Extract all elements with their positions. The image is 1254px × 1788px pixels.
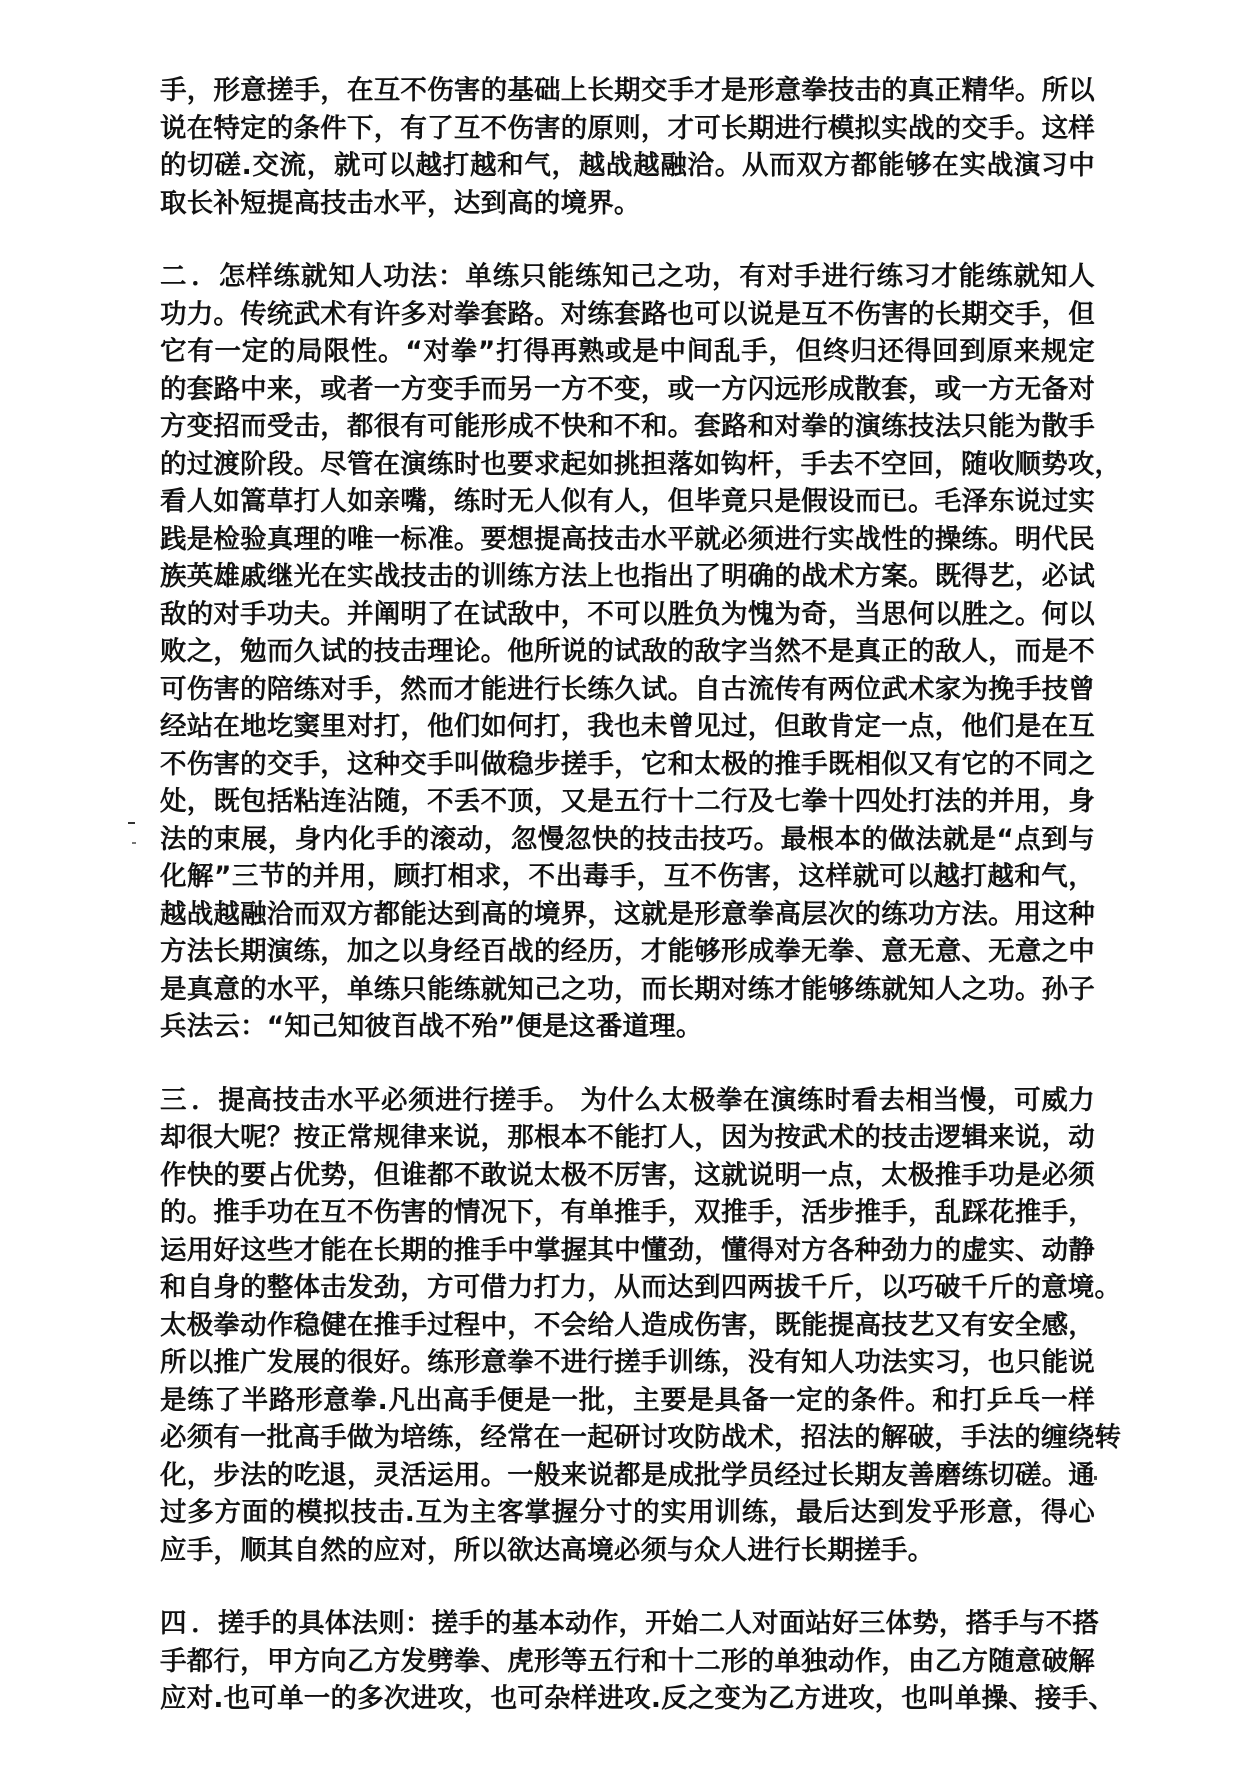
text-line: 越战越融洽而双方都能达到高的境界，这就是形意拳高层次的练功方法。用这种 (160, 896, 1095, 934)
text-line: 敌的对手功夫。并阐明了在试敌中，不可以胜负为愧为奇，当思何以胜之。何以 (160, 596, 1095, 634)
text-line: 手都行，甲方向乙方发劈拳、虎形等五行和十二形的单独动作，由乙方随意破解 (160, 1643, 1095, 1681)
text-line: 提高技击水平必须进行搓手。 为什么太极拳在演练时看去相当慢，可威力 (218, 1085, 1095, 1116)
text-line: 族英雄戚继光在实战技击的训练方法上也指出了明确的战术方案。既得艺，必试 (160, 558, 1095, 596)
document-page: 手，形意搓手，在互不伤害的基础上长期交手才是形意拳技击的真正精华。所以 说在特定… (160, 72, 1095, 1754)
text-line: 化，步法的吃退，灵活运用。一般来说都是成批学员经过长期友善磨练切磋。通 (160, 1457, 1095, 1495)
text-line: 败之，勉而久试的技击理论。他所说的试敌的敌字当然不是真正的敌人，而是不 (160, 633, 1095, 671)
text-line: 所以推广发展的很好。练形意拳不进行搓手训练，没有知人功法实习，也只能说 (160, 1344, 1095, 1382)
text-line: 方变招而受击，都很有可能形成不快和不和。套路和对拳的演练技法只能为散手 (160, 408, 1095, 446)
text-line: 太极拳动作稳健在推手过程中，不会给人造成伤害，既能提高技艺又有安全感， (160, 1307, 1095, 1345)
text-line: 是练了半路形意拳.凡出高手便是一批，主要是具备一定的条件。和打乒乓一样 (160, 1382, 1095, 1420)
text-line: 兵法云：“知己知彼百战不殆”便是这番道理。 (160, 1008, 1095, 1046)
text-line: 的切磋.交流，就可以越打越和气，越战越融洽。从而双方都能够在实战演习中 (160, 147, 1095, 185)
section-heading-line: 二．怎样练就知人功法：单练只能练知己之功，有对手进行练习才能练就知人 (160, 258, 1095, 296)
text-line: 处，既包括粘连沾随，不丢不顶，又是五行十二行及七拳十四处打法的并用，身 (160, 783, 1095, 821)
text-line: 搓手的具体法则：搓手的基本动作，开始二人对面站好三体势，搭手与不搭 (218, 1608, 1099, 1639)
text-line: 说在特定的条件下，有了互不伤害的原则，才可长期进行模拟实战的交手。这样 (160, 110, 1095, 148)
text-line: 手，形意搓手，在互不伤害的基础上长期交手才是形意拳技击的真正精华。所以 (160, 72, 1095, 110)
paragraph-intro: 手，形意搓手，在互不伤害的基础上长期交手才是形意拳技击的真正精华。所以 说在特定… (160, 72, 1095, 222)
text-line: 看人如篙草打人如亲嘴，练时无人似有人，但毕竟只是假设而已。毛泽东说过实 (160, 483, 1095, 521)
scan-speck (1094, 1476, 1097, 1480)
text-line: 经站在地圪窦里对打，他们如何打，我也未曾见过，但敢肯定一点，他们是在互 (160, 708, 1095, 746)
text-line: 的套路中来，或者一方变手而另一方不变，或一方闪远形成散套，或一方无备对 (160, 371, 1095, 409)
text-line: 应对.也可单一的多次进攻，也可杂样进攻.反之变为乙方进攻，也叫单操、接手、 (160, 1680, 1095, 1718)
text-line: 不伤害的交手，这种交手叫做稳步搓手，它和太极的推手既相似又有它的不同之 (160, 746, 1095, 784)
section-number: 二． (160, 258, 218, 296)
text-line: 运用好这些才能在长期的推手中掌握其中懂劲，懂得对方各种劲力的虚实、动静 (160, 1232, 1095, 1270)
text-line: 应手，顺其自然的应对，所以欲达高境必须与众人进行长期搓手。 (160, 1532, 1095, 1570)
text-line: 功力。传统武术有许多对拳套路。对练套路也可以说是互不伤害的长期交手，但 (160, 296, 1095, 334)
text-line: 作快的要占优势，但谁都不敢说太极不厉害，这就说明一点，太极推手功是必须 (160, 1157, 1095, 1195)
text-line: 法的束展，身内化手的滚动，忽慢忽快的技击技巧。最根本的做法就是“点到与 (160, 821, 1095, 859)
scan-speck (398, 1012, 401, 1018)
text-line: 怎样练就知人功法：单练只能练知己之功，有对手进行练习才能练就知人 (218, 261, 1095, 292)
text-line: 践是检验真理的唯一标准。要想提高技击水平就必须进行实战性的操练。明代民 (160, 521, 1095, 559)
section-number: 四． (160, 1605, 218, 1643)
section-heading-line: 四．搓手的具体法则：搓手的基本动作，开始二人对面站好三体势，搭手与不搭 (160, 1605, 1095, 1643)
paragraph-section-4: 四．搓手的具体法则：搓手的基本动作，开始二人对面站好三体势，搭手与不搭 手都行，… (160, 1605, 1095, 1718)
text-line: 取长补短提高技击水平，达到高的境界。 (160, 185, 1095, 223)
text-line: 可伤害的陪练对手，然而才能进行长练久试。自古流传有两位武术家为挽手技曾 (160, 671, 1095, 709)
paragraph-section-3: 三．提高技击水平必须进行搓手。 为什么太极拳在演练时看去相当慢，可威力 却很大呢… (160, 1082, 1095, 1570)
text-line: 是真意的水平，单练只能练就知己之功，而长期对练才能够练就知人之功。孙子 (160, 971, 1095, 1009)
text-line: 和自身的整体击发劲，方可借力打力，从而达到四两拔千斤，以巧破千斤的意境。 (160, 1269, 1095, 1307)
text-line: 的。推手功在互不伤害的情况下，有单推手，双推手，活步推手，乱踩花推手， (160, 1194, 1095, 1232)
section-number: 三． (160, 1082, 218, 1120)
scan-speck (128, 822, 135, 824)
text-line: 它有一定的局限性。“对拳”打得再熟或是中间乱手，但终归还得回到原来规定 (160, 333, 1095, 371)
paragraph-section-2: 二．怎样练就知人功法：单练只能练知己之功，有对手进行练习才能练就知人 功力。传统… (160, 258, 1095, 1046)
text-line: 的过渡阶段。尽管在演练时也要求起如挑担落如钩杆，手去不空回，随收顺势攻， (160, 446, 1095, 484)
text-line: 方法长期演练，加之以身经百战的经历，才能够形成拳无拳、意无意、无意之中 (160, 933, 1095, 971)
text-line: 过多方面的模拟技击.互为主客掌握分寸的实用训练，最后达到发乎形意，得心 (160, 1494, 1095, 1532)
text-line: 必须有一批高手做为培练，经常在一起研讨攻防战术，招法的解破，手法的缠绕转 (160, 1419, 1095, 1457)
section-heading-line: 三．提高技击水平必须进行搓手。 为什么太极拳在演练时看去相当慢，可威力 (160, 1082, 1095, 1120)
text-line: 化解”三节的并用，顾打相求，不出毒手，互不伤害，这样就可以越打越和气， (160, 858, 1095, 896)
text-line: 却很大呢？按正常规律来说，那根本不能打人，因为按武术的技击逻辑来说，动 (160, 1119, 1095, 1157)
scan-speck (132, 842, 136, 844)
